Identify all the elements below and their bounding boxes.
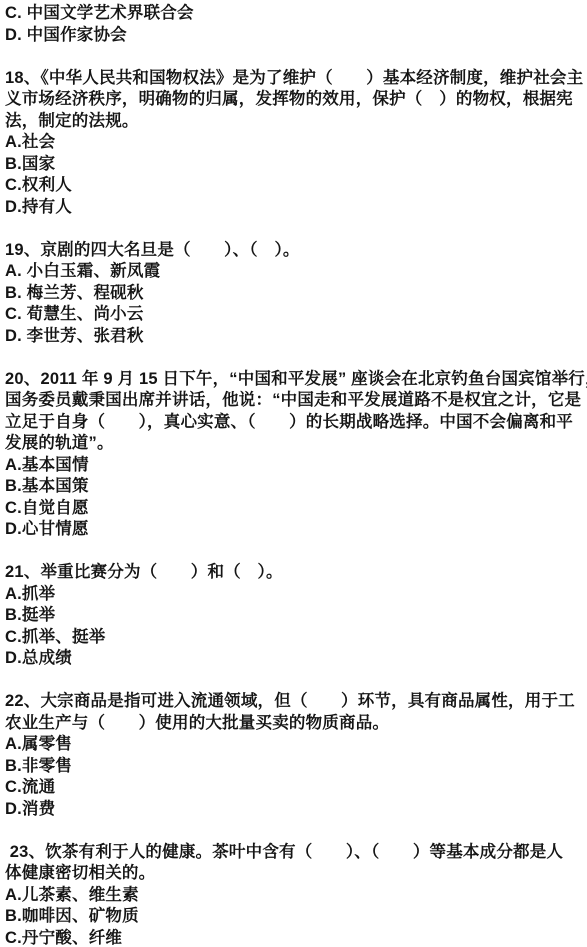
question-19: 19、京剧的四大名旦是（ ）、（ ）。 A. 小白玉霜、新凤霞 B. 梅兰芳、程… [5, 240, 587, 348]
question-22: 22、大宗商品是指可进入流通领域，但（ ）环节，具有商品属性，用于工 农业生产与… [5, 691, 587, 820]
question-23-option-b: B.咖啡因、矿物质 [5, 906, 587, 928]
question-22-stem-line-2: 农业生产与（ ）使用的大批量买卖的物质商品。 [5, 713, 587, 735]
question-18-stem-line-1: 18、《中华人民共和国物权法》是为了维护（ ）基本经济制度，维护社会主 [5, 68, 587, 90]
question-20-stem-line-3: 立足于自身（ ），真心实意、（ ）的长期战略选择。中国不会偏离和平 [5, 412, 587, 434]
exam-document-page: C. 中国文学艺术界联合会 D. 中国作家协会 18、《中华人民共和国物权法》是… [0, 0, 587, 947]
question-19-option-d: D. 李世芳、张君秋 [5, 326, 587, 348]
question-18-option-b: B.国家 [5, 154, 587, 176]
carryover-options-block: C. 中国文学艺术界联合会 D. 中国作家协会 [5, 3, 587, 46]
question-22-option-d: D.消费 [5, 799, 587, 821]
question-22-stem-line-1: 22、大宗商品是指可进入流通领域，但（ ）环节，具有商品属性，用于工 [5, 691, 587, 713]
question-23-stem-line-2: 体健康密切相关的。 [5, 863, 587, 885]
question-21-option-c: C.抓举、挺举 [5, 627, 587, 649]
carryover-option-d: D. 中国作家协会 [5, 25, 587, 47]
question-21-option-a: A.抓举 [5, 584, 587, 606]
question-21-option-d: D.总成绩 [5, 648, 587, 670]
question-22-option-a: A.属零售 [5, 734, 587, 756]
question-19-stem-line-1: 19、京剧的四大名旦是（ ）、（ ）。 [5, 240, 587, 262]
question-21-option-b: B.挺举 [5, 605, 587, 627]
question-20-stem-line-1: 20、2011 年 9 月 15 日下午，“中国和平发展” 座谈会在北京钓鱼台国… [5, 369, 587, 391]
question-22-option-c: C.流通 [5, 777, 587, 799]
question-23-stem-line-1: 23、饮茶有利于人的健康。茶叶中含有（ ）、（ ）等基本成分都是人 [5, 842, 587, 864]
question-21: 21、举重比赛分为（ ）和（ ）。 A.抓举 B.挺举 C.抓举、挺举 D.总成… [5, 562, 587, 670]
question-22-option-b: B.非零售 [5, 756, 587, 778]
question-19-option-a: A. 小白玉霜、新凤霞 [5, 261, 587, 283]
question-18: 18、《中华人民共和国物权法》是为了维护（ ）基本经济制度，维护社会主 义市场经… [5, 68, 587, 219]
question-18-option-c: C.权利人 [5, 175, 587, 197]
question-23-option-c: C.丹宁酸、纤维 [5, 928, 587, 947]
question-20-option-b: B.基本国策 [5, 476, 587, 498]
question-19-option-b: B. 梅兰芳、程砚秋 [5, 283, 587, 305]
question-18-stem-line-3: 法，制定的法规。 [5, 111, 587, 133]
question-20-option-a: A.基本国情 [5, 455, 587, 477]
question-20-option-d: D.心甘情愿 [5, 519, 587, 541]
carryover-option-c: C. 中国文学艺术界联合会 [5, 3, 587, 25]
question-18-option-a: A.社会 [5, 132, 587, 154]
question-18-option-d: D.持有人 [5, 197, 587, 219]
question-20-option-c: C.自觉自愿 [5, 498, 587, 520]
question-21-stem-line-1: 21、举重比赛分为（ ）和（ ）。 [5, 562, 587, 584]
question-20: 20、2011 年 9 月 15 日下午，“中国和平发展” 座谈会在北京钓鱼台国… [5, 369, 587, 541]
question-23: 23、饮茶有利于人的健康。茶叶中含有（ ）、（ ）等基本成分都是人 体健康密切相… [5, 842, 587, 947]
question-23-option-a: A.儿茶素、维生素 [5, 885, 587, 907]
question-20-stem-line-4: 发展的轨道”。 [5, 433, 587, 455]
question-20-stem-line-2: 国务委员戴秉国出席并讲话，他说：“中国走和平发展道路不是权宜之计，它是 [5, 390, 587, 412]
question-19-option-c: C. 荀慧生、尚小云 [5, 304, 587, 326]
question-18-stem-line-2: 义市场经济秩序，明确物的归属，发挥物的效用，保护（ ）的物权，根据宪 [5, 89, 587, 111]
